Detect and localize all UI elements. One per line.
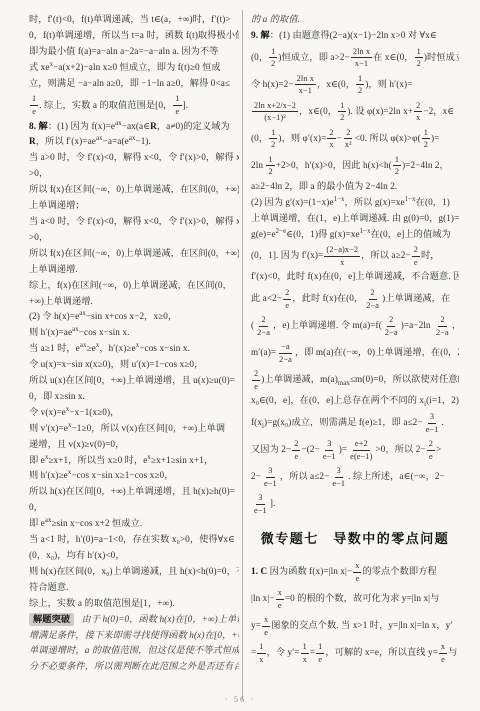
text-line: (22−a，e)上单调递增. 令 m(a)=f(22−a)=a−2ln 22−a… — [251, 312, 459, 339]
text-line: 1e. 综上，实数 a 的取值范围是[0，1e]. — [29, 92, 239, 119]
text-line: 立，则满足 −a−aln a≥0，即 −1−ln a≥0，解得 0<a≤ — [29, 76, 239, 92]
fraction: 22−a — [434, 315, 451, 337]
text-line: |ln x|−xe=0 的根的个数，故可化为求 y=|ln x|与 — [251, 585, 459, 612]
text-line: 即为最小值 f(a)=a−aln a−2a=−a−aln a. 因为不等 — [29, 44, 239, 60]
text-line: 式 xex−a(x+2)−aln x≥0 恒成立，即为 f(t)≥0 恒成 — [29, 60, 239, 76]
text-line: 综上，f(x)在区间(−∞，0)上单调递减，在区间(0， — [29, 278, 239, 294]
section-heading: 微专题七 导数中的零点问题 — [251, 526, 459, 552]
text-line: 符合题意. — [29, 580, 239, 596]
text-line: 增满足条件，接下来即需寻找使得函数 h(x)在[0，+∞)上 — [29, 628, 239, 644]
text-line: R，所以 f′(x)=aeax−a=a(eax−1). — [29, 134, 239, 150]
text-line: 2ln x+2/x−2(x−1)²，x∈(0，12). 设 φ(x)=2ln x… — [251, 98, 459, 125]
text-line: 9. 解：(1) 由题意得(2−a)(x−1)−2ln x>0 对 ∀x∈ — [251, 28, 459, 44]
text-line: 综上，实数 a 的取值范围是[1，+∞). — [29, 596, 239, 612]
text-line: 令 u(x)=x−sin x(x≥0)，则 u′(x)=1−cos x≥0， — [29, 357, 239, 373]
text-line: f(xi)=g(x₀)成立，则需满足 f(e)≥1，即 a≤2−3e−1. — [251, 409, 459, 436]
text-line: y=xe图象的交点个数. 当 x>1 时，y=|ln x|=ln x，y′ — [251, 612, 459, 639]
text-line: (0，1]. 因为 f′(x)=(2−a)x−2x，所以 a≥2−2e时， — [251, 242, 459, 269]
fraction: 2e — [412, 245, 420, 267]
text-line: 0，f(t)单调递增，所以当 t=a 时，函数 f(t)取得极小值， — [29, 28, 239, 44]
fraction: 22−a — [364, 288, 381, 310]
text-line: 则 h′(x)=aeax−cos x−sin x. — [29, 325, 239, 341]
fraction: 2e — [292, 439, 300, 461]
text-line: =1x，令 y′=1x=1e，可解的 x=e，所以直线 y=xe与 y — [251, 639, 459, 666]
text-line: 时，f′(t)<0，f(t)单调递减，当 t∈(a，+∞)时，f′(t)> — [29, 12, 239, 28]
text-line: 8. 解：(1) 因为 f(x)=eax−ax(a∈R，a≠0)的定义域为 — [29, 119, 239, 135]
fraction: 3e−1 — [262, 466, 279, 488]
fraction: 1x — [301, 642, 309, 664]
book-page: 时，f′(t)<0，f(t)单调递减，当 t∈(a，+∞)时，f′(t)>0，f… — [0, 0, 480, 711]
text-line: (0，12)，则 φ′(x)=2x−2x²<0. 所以 φ(x)>φ(12)= — [251, 125, 459, 152]
text-line: 即 ex≥x+1，所以当 x≥0 时，ex≥x+1≥sin x+1， — [29, 453, 239, 469]
text-line: x₀∈(0，e]，在(0，e]上总存在两个不同的 xi(i=1，2)，使 — [251, 393, 459, 409]
text-line: 0， — [29, 500, 239, 516]
text-line: 又因为 2−2e−(2−3e−1)=e+2e(e−1)>0，所以 2−2e> — [251, 436, 459, 463]
text-line: 令 v(x)=ex−x−1(x≥0)， — [29, 405, 239, 421]
text-line: (0，x₀)，均有 h′(x)<0， — [29, 548, 239, 564]
text-line: 0，即 x≥sin x. — [29, 389, 239, 405]
fraction: 2ln x+2/x−2(x−1)² — [252, 101, 298, 123]
text-line: 分不必要条件，所以需判断在此范围之外是否还有合乎条件 — [29, 659, 239, 675]
fraction: 2ln xx−1 — [295, 74, 316, 96]
fraction: 12 — [422, 128, 430, 150]
fraction: 12 — [266, 155, 274, 177]
fraction: xe — [439, 642, 447, 664]
fraction: 12 — [415, 47, 423, 69]
text-line: 当 a<0 时，令 f′(x)<0，解得 x<0，令 f′(x)>0，解得 x — [29, 214, 239, 230]
fraction: xe — [353, 561, 361, 583]
text-line: 当 a≥1 时，eax≥ex，h′(x)≥ex−cos x−sin x. — [29, 341, 239, 357]
text-line: (0，12)恒成立，即 a>2−2ln xx−1在 x∈(0，12)时恒成立. — [251, 44, 459, 71]
fraction: 1e — [30, 94, 38, 116]
column-divider — [242, 10, 243, 700]
fraction: 3e−1 — [424, 412, 441, 434]
text-line: 此 a<2−2e，此时 f(x)在(0，22−a)上单调递减，在 — [251, 285, 459, 312]
text-line: 2e)上单调递减，m(a)max≤m(0)=0，所以欲使对任意的 — [251, 366, 459, 393]
fraction: 2e — [283, 288, 291, 310]
text-line: (2) 令 h(x)=eax−sin x+cos x−2，x≥0， — [29, 309, 239, 325]
fraction: xe — [262, 615, 270, 637]
fraction: 3e−1 — [330, 466, 347, 488]
fraction: 3e−1 — [252, 493, 269, 515]
text-line: 上单调递增，在(1，e)上单调递减. 由 g(0)=0，g(1)=1， — [251, 211, 459, 227]
text-line: +∞)上单调递增. — [29, 294, 239, 310]
fraction: 12 — [393, 155, 401, 177]
fraction: 2e — [427, 439, 435, 461]
text-line: 上单调递增. — [29, 262, 239, 278]
fraction: −a2−a — [277, 342, 294, 364]
fraction: 12 — [356, 74, 364, 96]
text-line: 解题突破 由于 h(0)=0，函数 h(x)在[0，+∞)上单调递 — [29, 612, 239, 628]
text-line: 上单调递增； — [29, 198, 239, 214]
text-line: f′(x)<0，此时 f(x)在(0，e]上单调递减，不合题意. 因 — [251, 269, 459, 285]
text-line: 所以 h(x)在区间[0，+∞)上单调递增，且 h(x)≥h(0)= — [29, 484, 239, 500]
text-line: 单调递增时，a 的取值范围，但这仅是使不等式恒成立的充 — [29, 643, 239, 659]
text-line: 则 h′(x)≥ex−cos x−sin x≥1−cos x≥0， — [29, 468, 239, 484]
text-line: 则 v′(x)=ex−1≥0，所以 v(x)在区间[0，+∞)上单调 — [29, 421, 239, 437]
text-line: 2−3e−1，所以 a≤2−3e−1. 综上所述，a∈(−∞，2− — [251, 463, 459, 490]
text-line: 所以 f(x)在区间(−∞，0)上单调递减，在区间(0，+∞) — [29, 182, 239, 198]
breakthrough-badge: 解题突破 — [29, 613, 74, 626]
fraction: 12 — [338, 101, 346, 123]
fraction: 1e — [316, 642, 324, 664]
fraction: 1e — [173, 94, 181, 116]
text-line: 1. C 因为函数 f(x)=|ln x|−xe的零点个数即方程 — [251, 558, 459, 585]
text-line: >0， — [29, 230, 239, 246]
fraction: 2e — [252, 369, 260, 391]
right-column: 的 a 的取值.9. 解：(1) 由题意得(2−a)(x−1)−2ln x>0 … — [251, 12, 459, 666]
fraction: 12 — [269, 47, 277, 69]
text-line: 则 h(x)在区间(0，x₀)上单调递减，且 h(x)<h(0)=0，不 — [29, 564, 239, 580]
text-line: 的 a 的取值. — [251, 12, 459, 28]
text-line: 当 a<1 时，h′(0)=a−1<0，存在实数 x₀>0，使得∀x∈ — [29, 532, 239, 548]
fraction: 2x — [414, 101, 422, 123]
text-line: a≥2−4ln 2，即 a 的最小值为 2−4ln 2. — [251, 179, 459, 195]
fraction: 2x² — [343, 128, 354, 150]
text-line: 所以 u(x)在区间[0，+∞)上单调递增，且 u(x)≥u(0)= — [29, 373, 239, 389]
text-line: 所以 f(x)在区间(−∞，0)上单调递减，在区间(0，+∞) — [29, 246, 239, 262]
page-number: · 56 · — [0, 694, 480, 704]
text-line: 3e−1]. — [251, 490, 459, 517]
fraction: (2−a)x−2x — [324, 245, 360, 267]
left-column: 时，f′(t)<0，f(t)单调递减，当 t∈(a，+∞)时，f′(t)>0，f… — [29, 12, 239, 675]
fraction: 3e−1 — [321, 439, 338, 461]
fraction: 22−a — [255, 315, 272, 337]
fraction: 2x — [327, 128, 335, 150]
text-line: m′(a)=−a2−a，即 m(a)在(−∞，0)上单调递增，在(0，2− — [251, 339, 459, 366]
text-line: 当 a>0 时，令 f′(x)<0，解得 x<0，令 f′(x)>0，解得 x — [29, 150, 239, 166]
text-line: g(e)=e2−e∈(0，1)得 g(x)=xe1−x在(0，e]上的值域为 — [251, 227, 459, 243]
fraction: 12 — [269, 128, 277, 150]
text-line: 令 h(x)=2−2ln xx−1，x∈(0，12)，则 h′(x)= — [251, 71, 459, 98]
text-line: (2) 因为 g′(x)=(1−x)e1−x，所以 g(x)=xe1−x在(0，… — [251, 195, 459, 211]
fraction: 2ln xx−1 — [351, 47, 372, 69]
fraction: e+2e(e−1) — [348, 439, 374, 461]
fraction: 1x — [257, 642, 265, 664]
text-line: 2ln 12+2>0，h′(x)>0，因此 h(x)<h(12)=2−4ln 2… — [251, 152, 459, 179]
fraction: xe — [276, 588, 284, 610]
fraction: 22−a — [383, 315, 400, 337]
text-line: 即 eax≥sin x−cos x+2 恒成立. — [29, 516, 239, 532]
text-line: >0， — [29, 166, 239, 182]
text-line: 递增，且 v(x)≥v(0)=0， — [29, 437, 239, 453]
